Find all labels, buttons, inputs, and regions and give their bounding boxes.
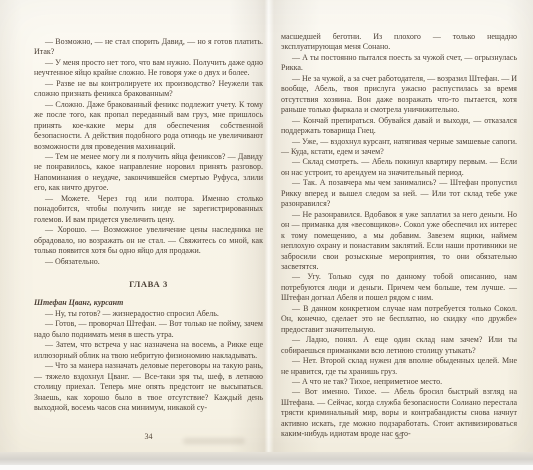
paragraph: — Склад смотреть. — Абель покинул кварти… <box>281 157 517 178</box>
chapter-heading: ГЛАВА 3 <box>34 279 263 289</box>
paragraph: — Уже, — вздохнул курсант, натягивая чер… <box>281 137 517 158</box>
paragraph: — А ты постоянно пытался поесть за чужой… <box>281 53 517 74</box>
background-surface <box>0 465 533 470</box>
pov-subheading: Штефан Цванг, курсант <box>34 298 263 308</box>
book-page-left: — Возможно, — не стал спорить Давид, — н… <box>34 37 263 413</box>
paragraph: — В данном конкретном случае нам потребу… <box>281 304 517 335</box>
paragraph: — Можете. Через год или полтора. Именно … <box>34 194 263 225</box>
paragraph: — Сложно. Даже бракованный феникс подлеж… <box>34 100 263 152</box>
paragraph: — Затем, что встреча у нас назначена на … <box>34 340 263 361</box>
page-edge-shadow <box>0 452 533 465</box>
paragraph: — У меня просто нет того, что вам нужно.… <box>34 58 263 79</box>
paragraph: — Нет. Второй склад нужен для вполне обы… <box>281 356 517 377</box>
book-photo: — Возможно, — не стал спорить Давид, — н… <box>0 0 533 470</box>
paragraph: — Ну, ты готов? — жизнерадостно спросил … <box>34 309 263 319</box>
continuation-paragraph: масшедшей беготни. Из плохого — только н… <box>281 32 517 53</box>
page-show-through <box>183 438 245 444</box>
paragraph: — Кончай препираться. Обувайся давай и в… <box>281 116 517 137</box>
paragraph: — Что за манера назначать деловые перего… <box>34 361 263 413</box>
paragraph: — Угу. Только судя по данному тобой опис… <box>281 272 517 303</box>
paragraph: — Не за чужой, а за счет работодателя, —… <box>281 74 517 116</box>
paragraph: — Обязательно. <box>34 257 263 267</box>
paragraph: — Хорошо. — Возможное увеличение цены на… <box>34 225 263 256</box>
book-page-right: масшедшей беготни. Из плохого — только н… <box>281 32 517 440</box>
paragraph: — Разве не вы контролируете их производс… <box>34 79 263 100</box>
paragraph: — А что не так? Тихое, неприметное место… <box>281 377 517 387</box>
page-number-right: 35 <box>281 432 517 441</box>
paragraph: — Готов, — проворчал Штефан. — Вот тольк… <box>34 319 263 340</box>
paragraph: — Ладно, понял. А еще один склад нам зач… <box>281 335 517 356</box>
paragraph: — Так. А позавчера мы чем занимались? — … <box>281 178 517 209</box>
paragraph: — Тем не менее могу ли я получить яйца ф… <box>34 152 263 194</box>
paragraph: — Возможно, — не стал спорить Давид, — н… <box>34 37 263 58</box>
paragraph: — Не разонравился. Вдобавок я уже заплат… <box>281 210 517 273</box>
